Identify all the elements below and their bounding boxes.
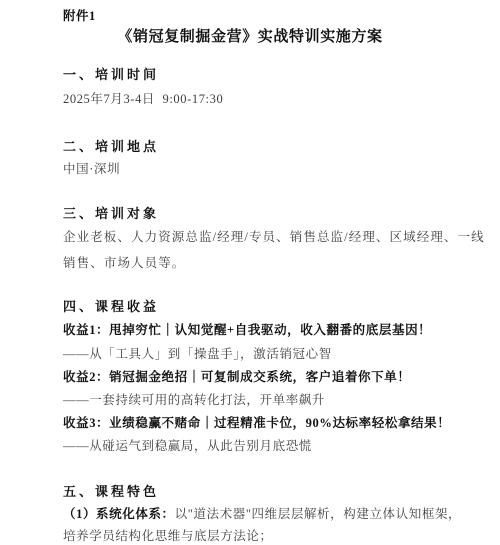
benefit-1-title: 收益1：甩掉穷忙｜认知觉醒+自我驱动，收入翻番的底层基因！ xyxy=(63,323,431,339)
document-page: 附件1 《销冠复制掘金营》实战特训实施方案 一、培训时间 2025年7月3-4日… xyxy=(0,0,500,545)
section-features-heading: 五、课程特色 xyxy=(63,484,159,500)
section-location-body: 中国·深圳 xyxy=(63,162,120,178)
feature-item-line-1: （1）系统化体系：以"道法术器"四维层层解析，构建立体认知框架， xyxy=(63,507,461,523)
section-time-body: 2025年7月3-4日 9:00-17:30 xyxy=(63,92,223,108)
audience-line-1: 企业老板、人力资源总监/经理/专员、销售总监/经理、区域经理、一线 xyxy=(63,230,485,246)
feature-item-line-2: 培养学员结构化思维与底层方法论； xyxy=(63,529,273,545)
feature-item-label: （1）系统化体系： xyxy=(63,507,175,521)
benefit-1-note: ——从「工具人」到「操盘手」，激活销冠心智 xyxy=(63,347,332,363)
benefit-2-note: ——一套持续可用的高转化打法，开单率飙升 xyxy=(63,393,325,409)
section-location-heading: 二、培训地点 xyxy=(63,139,159,155)
document-title: 《销冠复制掘金营》实战特训实施方案 xyxy=(0,28,500,47)
benefit-2-title: 收益2：销冠掘金绝招｜可复制成交系统，客户追着你下单！ xyxy=(63,370,410,386)
section-benefits-heading: 四、课程收益 xyxy=(63,299,159,315)
feature-item-text: 以"道法术器"四维层层解析，构建立体认知框架， xyxy=(175,507,462,521)
benefit-3-note: ——从碰运气到稳赢局，从此告别月底恐慌 xyxy=(63,439,312,455)
audience-line-2: 销售、市场人员等。 xyxy=(63,256,185,272)
section-time-heading: 一、培训时间 xyxy=(63,67,159,83)
benefit-3-title: 收益3：业绩稳赢不赌命｜过程精准卡位，90%达标率轻松拿结果！ xyxy=(63,416,450,432)
section-audience-heading: 三、培训对象 xyxy=(63,206,159,222)
attachment-label: 附件1 xyxy=(63,9,96,25)
